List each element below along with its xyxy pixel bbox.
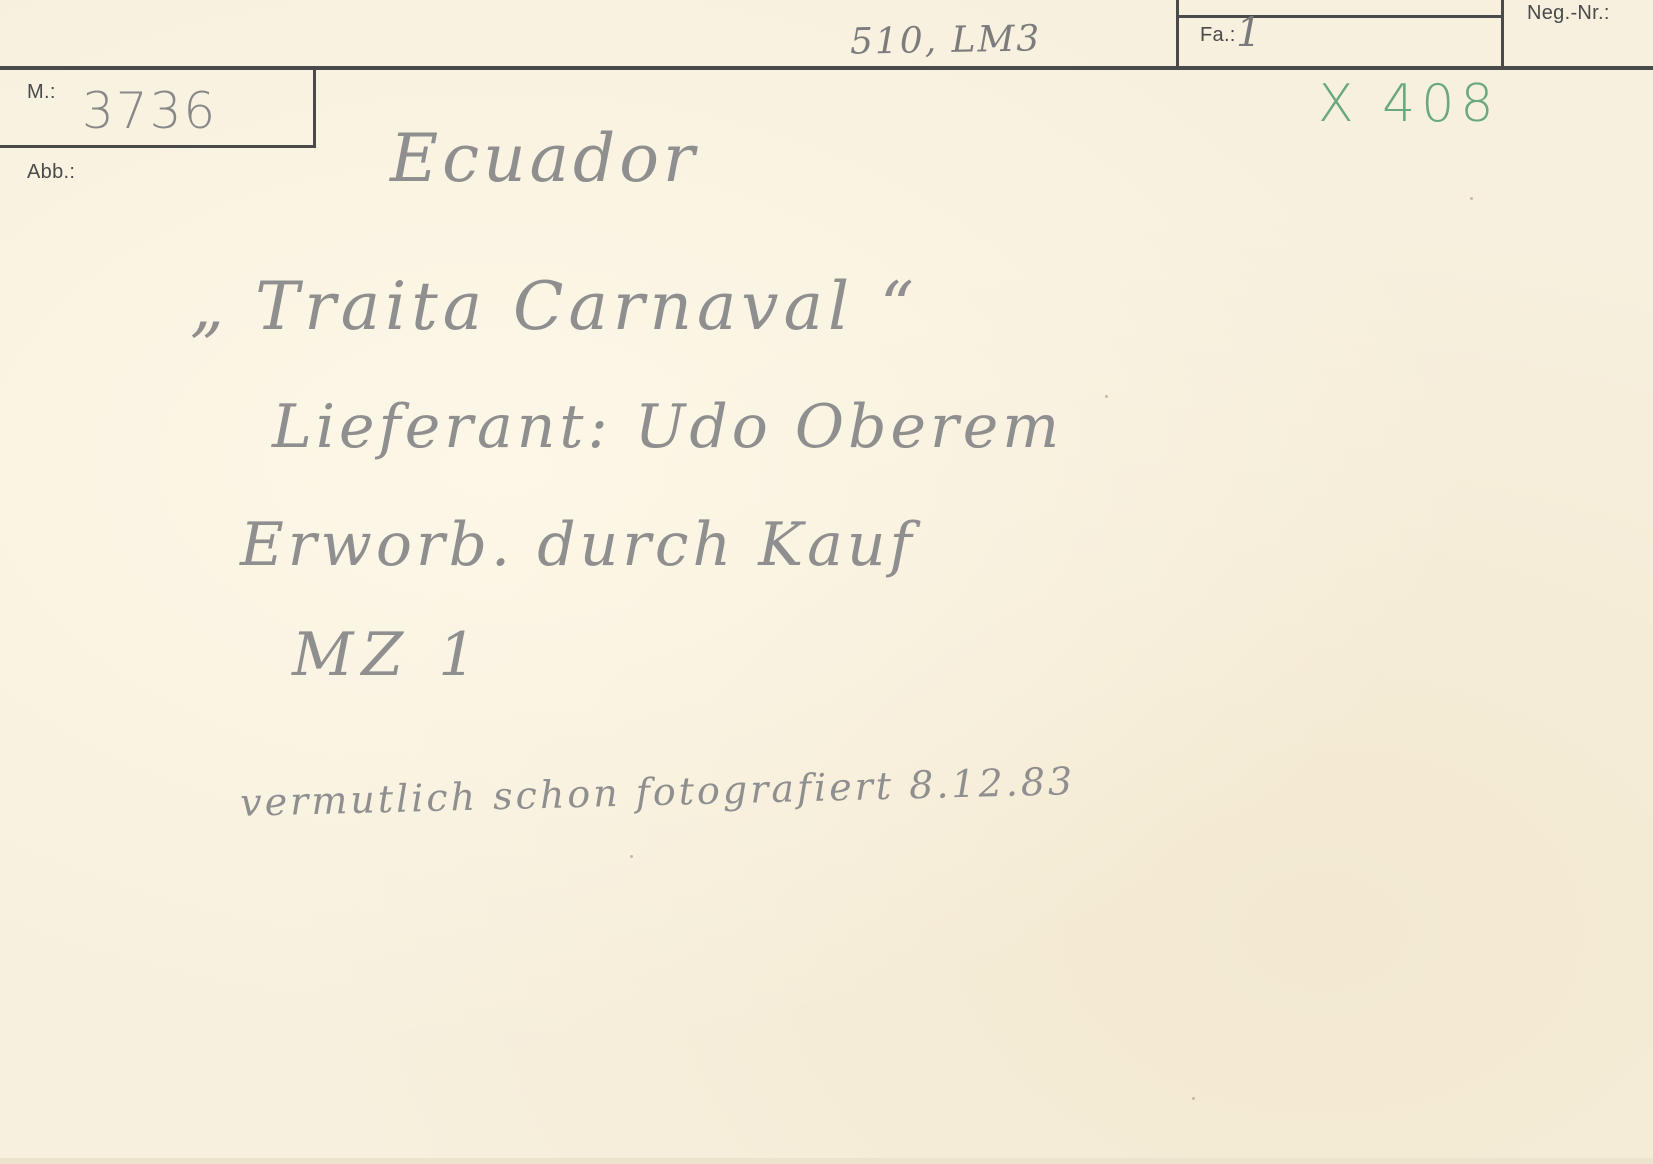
mz-number: MZ 1 <box>292 620 484 690</box>
acquisition: Erworb. durch Kauf <box>240 510 916 580</box>
fa-box-divider <box>1179 15 1501 18</box>
m-number: 3736 <box>82 82 217 140</box>
paper-speck <box>1192 1097 1195 1100</box>
m-label: M.: <box>27 81 56 104</box>
country: Ecuador <box>390 120 699 197</box>
x-number: X 408 <box>1318 74 1499 134</box>
abb-label: Abb.: <box>27 161 75 184</box>
catalog-number: 510, LM3 <box>850 18 1042 62</box>
fa-label: Fa.: <box>1200 24 1236 47</box>
neg-nr-label: Neg.-Nr.: <box>1527 2 1610 25</box>
fa-value: 1 <box>1236 10 1263 56</box>
photography-note: vermutlich schon fotografiert 8.12.83 <box>240 759 1076 825</box>
paper-speck <box>630 855 633 858</box>
paper-speck <box>1105 395 1108 398</box>
card-edge <box>0 1158 1653 1164</box>
paper-speck <box>1470 197 1473 200</box>
supplier: Lieferant: Udo Oberem <box>272 392 1063 462</box>
object-title: „ Traita Carnaval “ <box>190 268 919 345</box>
index-card: M.: Abb.: Fa.: Neg.-Nr.: 510, LM3 1 3736… <box>0 0 1653 1164</box>
